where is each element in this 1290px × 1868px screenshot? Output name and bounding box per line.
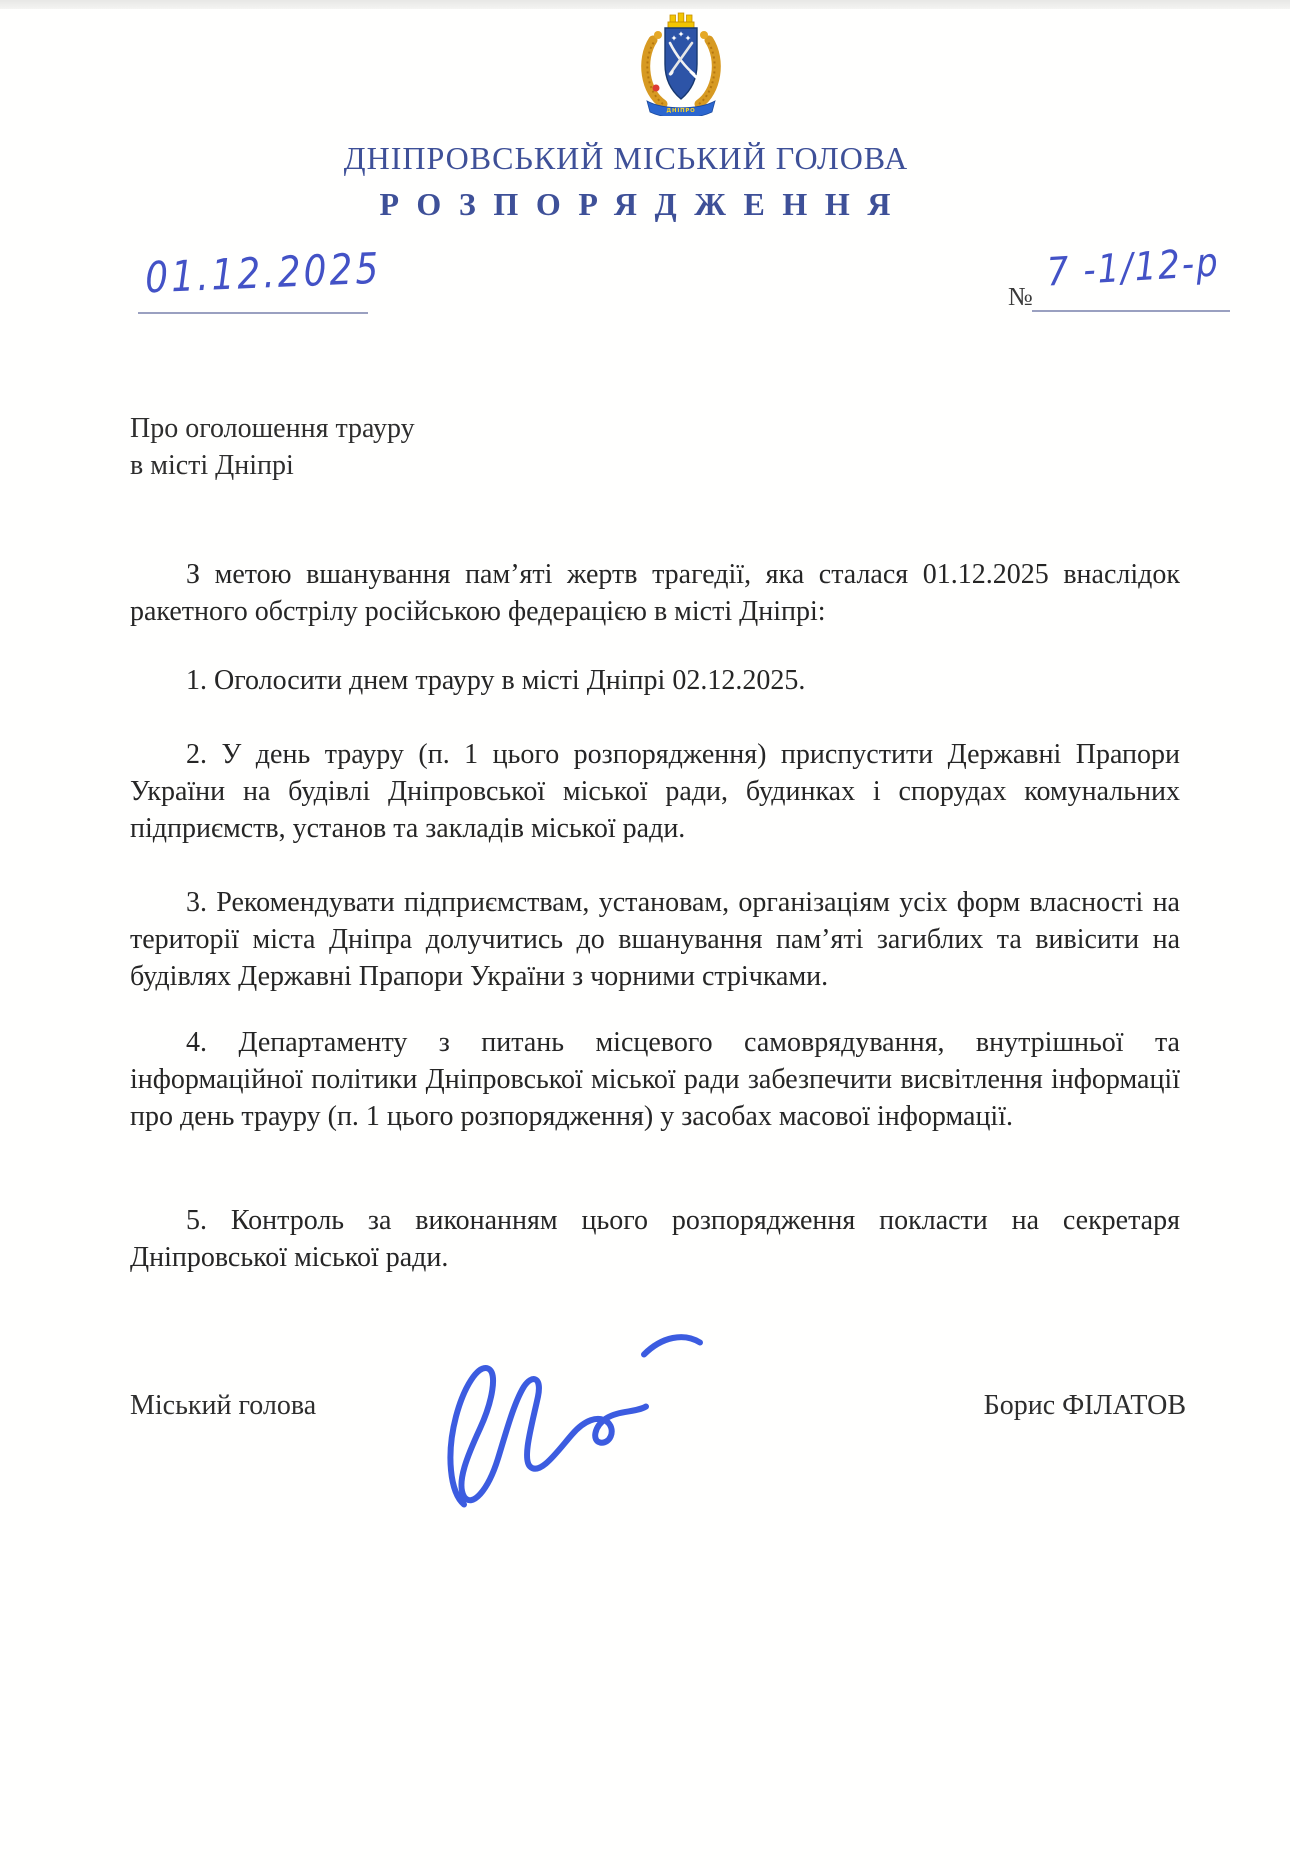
signature-name: Борис ФІЛАТОВ bbox=[984, 1390, 1186, 1422]
signature-position-title: Міський голова bbox=[130, 1390, 316, 1422]
emblem-ribbon-text: ДНІПРО bbox=[666, 108, 695, 114]
subject-line-1: Про оголошення трауру bbox=[130, 410, 610, 447]
handwritten-date: 01.12.2025 bbox=[145, 245, 382, 303]
document-page: ДНІПРО ДНІПРОВСЬКИЙ МІСЬКИЙ ГОЛОВА РОЗПО… bbox=[0, 0, 1290, 1868]
scan-edge-artifact bbox=[0, 0, 1290, 9]
order-item-2: 2. У день трауру (п. 1 цього розпоряджен… bbox=[130, 736, 1180, 847]
subject-line-2: в місті Дніпрі bbox=[130, 447, 610, 484]
mayor-signature-icon bbox=[412, 1322, 712, 1527]
doc-type-title: РОЗПОРЯДЖЕННЯ bbox=[0, 186, 1270, 223]
order-item-4: 4. Департаменту з питань місцевого самов… bbox=[130, 1024, 1180, 1135]
subject-block: Про оголошення трауру в місті Дніпрі bbox=[130, 410, 610, 484]
order-item-5: 5. Контроль за виконанням цього розпоряд… bbox=[130, 1202, 1180, 1276]
org-name: ДНІПРОВСЬКИЙ МІСЬКИЙ ГОЛОВА bbox=[0, 140, 1252, 177]
number-label: № bbox=[1008, 282, 1033, 312]
handwritten-number: 7 -1/12-р bbox=[1046, 240, 1221, 296]
intro-paragraph: З метою вшанування пам’яті жертв трагеді… bbox=[130, 556, 1180, 630]
order-item-1: 1. Оголосити днем трауру в місті Дніпрі … bbox=[130, 662, 1180, 699]
number-underline bbox=[1032, 310, 1230, 312]
date-underline bbox=[138, 312, 368, 314]
crown-icon bbox=[668, 13, 694, 29]
order-item-3: 3. Рекомендувати підприємствам, установа… bbox=[130, 884, 1180, 995]
dnipro-coat-of-arms-icon: ДНІПРО bbox=[633, 12, 729, 116]
